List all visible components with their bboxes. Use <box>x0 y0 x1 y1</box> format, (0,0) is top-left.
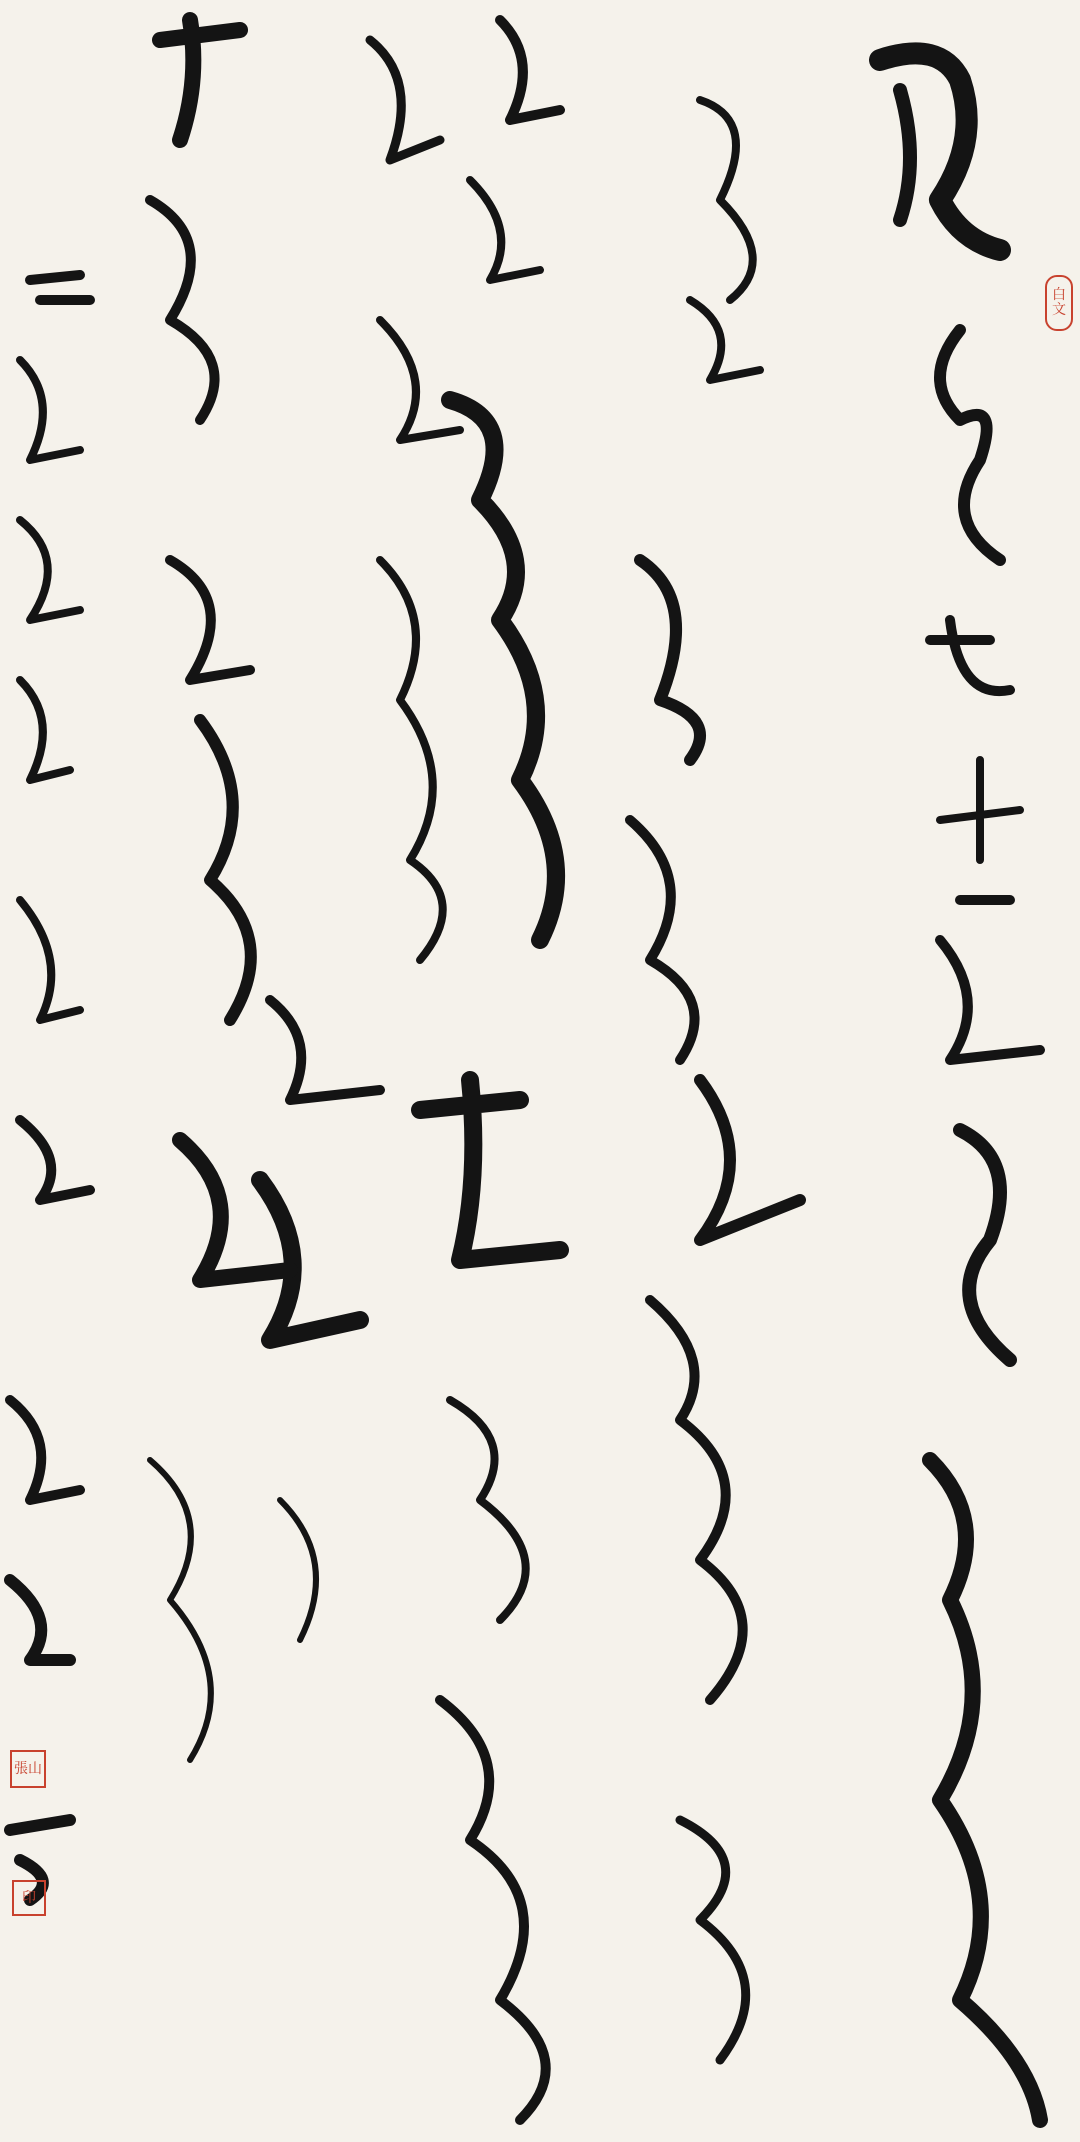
seal-upper-right: 白文 <box>1045 275 1073 331</box>
calligraphy-strokes <box>0 0 1080 2142</box>
seal-lower-left-1: 張山 <box>10 1750 46 1788</box>
seal-lower-left-2: 印 <box>12 1880 46 1916</box>
